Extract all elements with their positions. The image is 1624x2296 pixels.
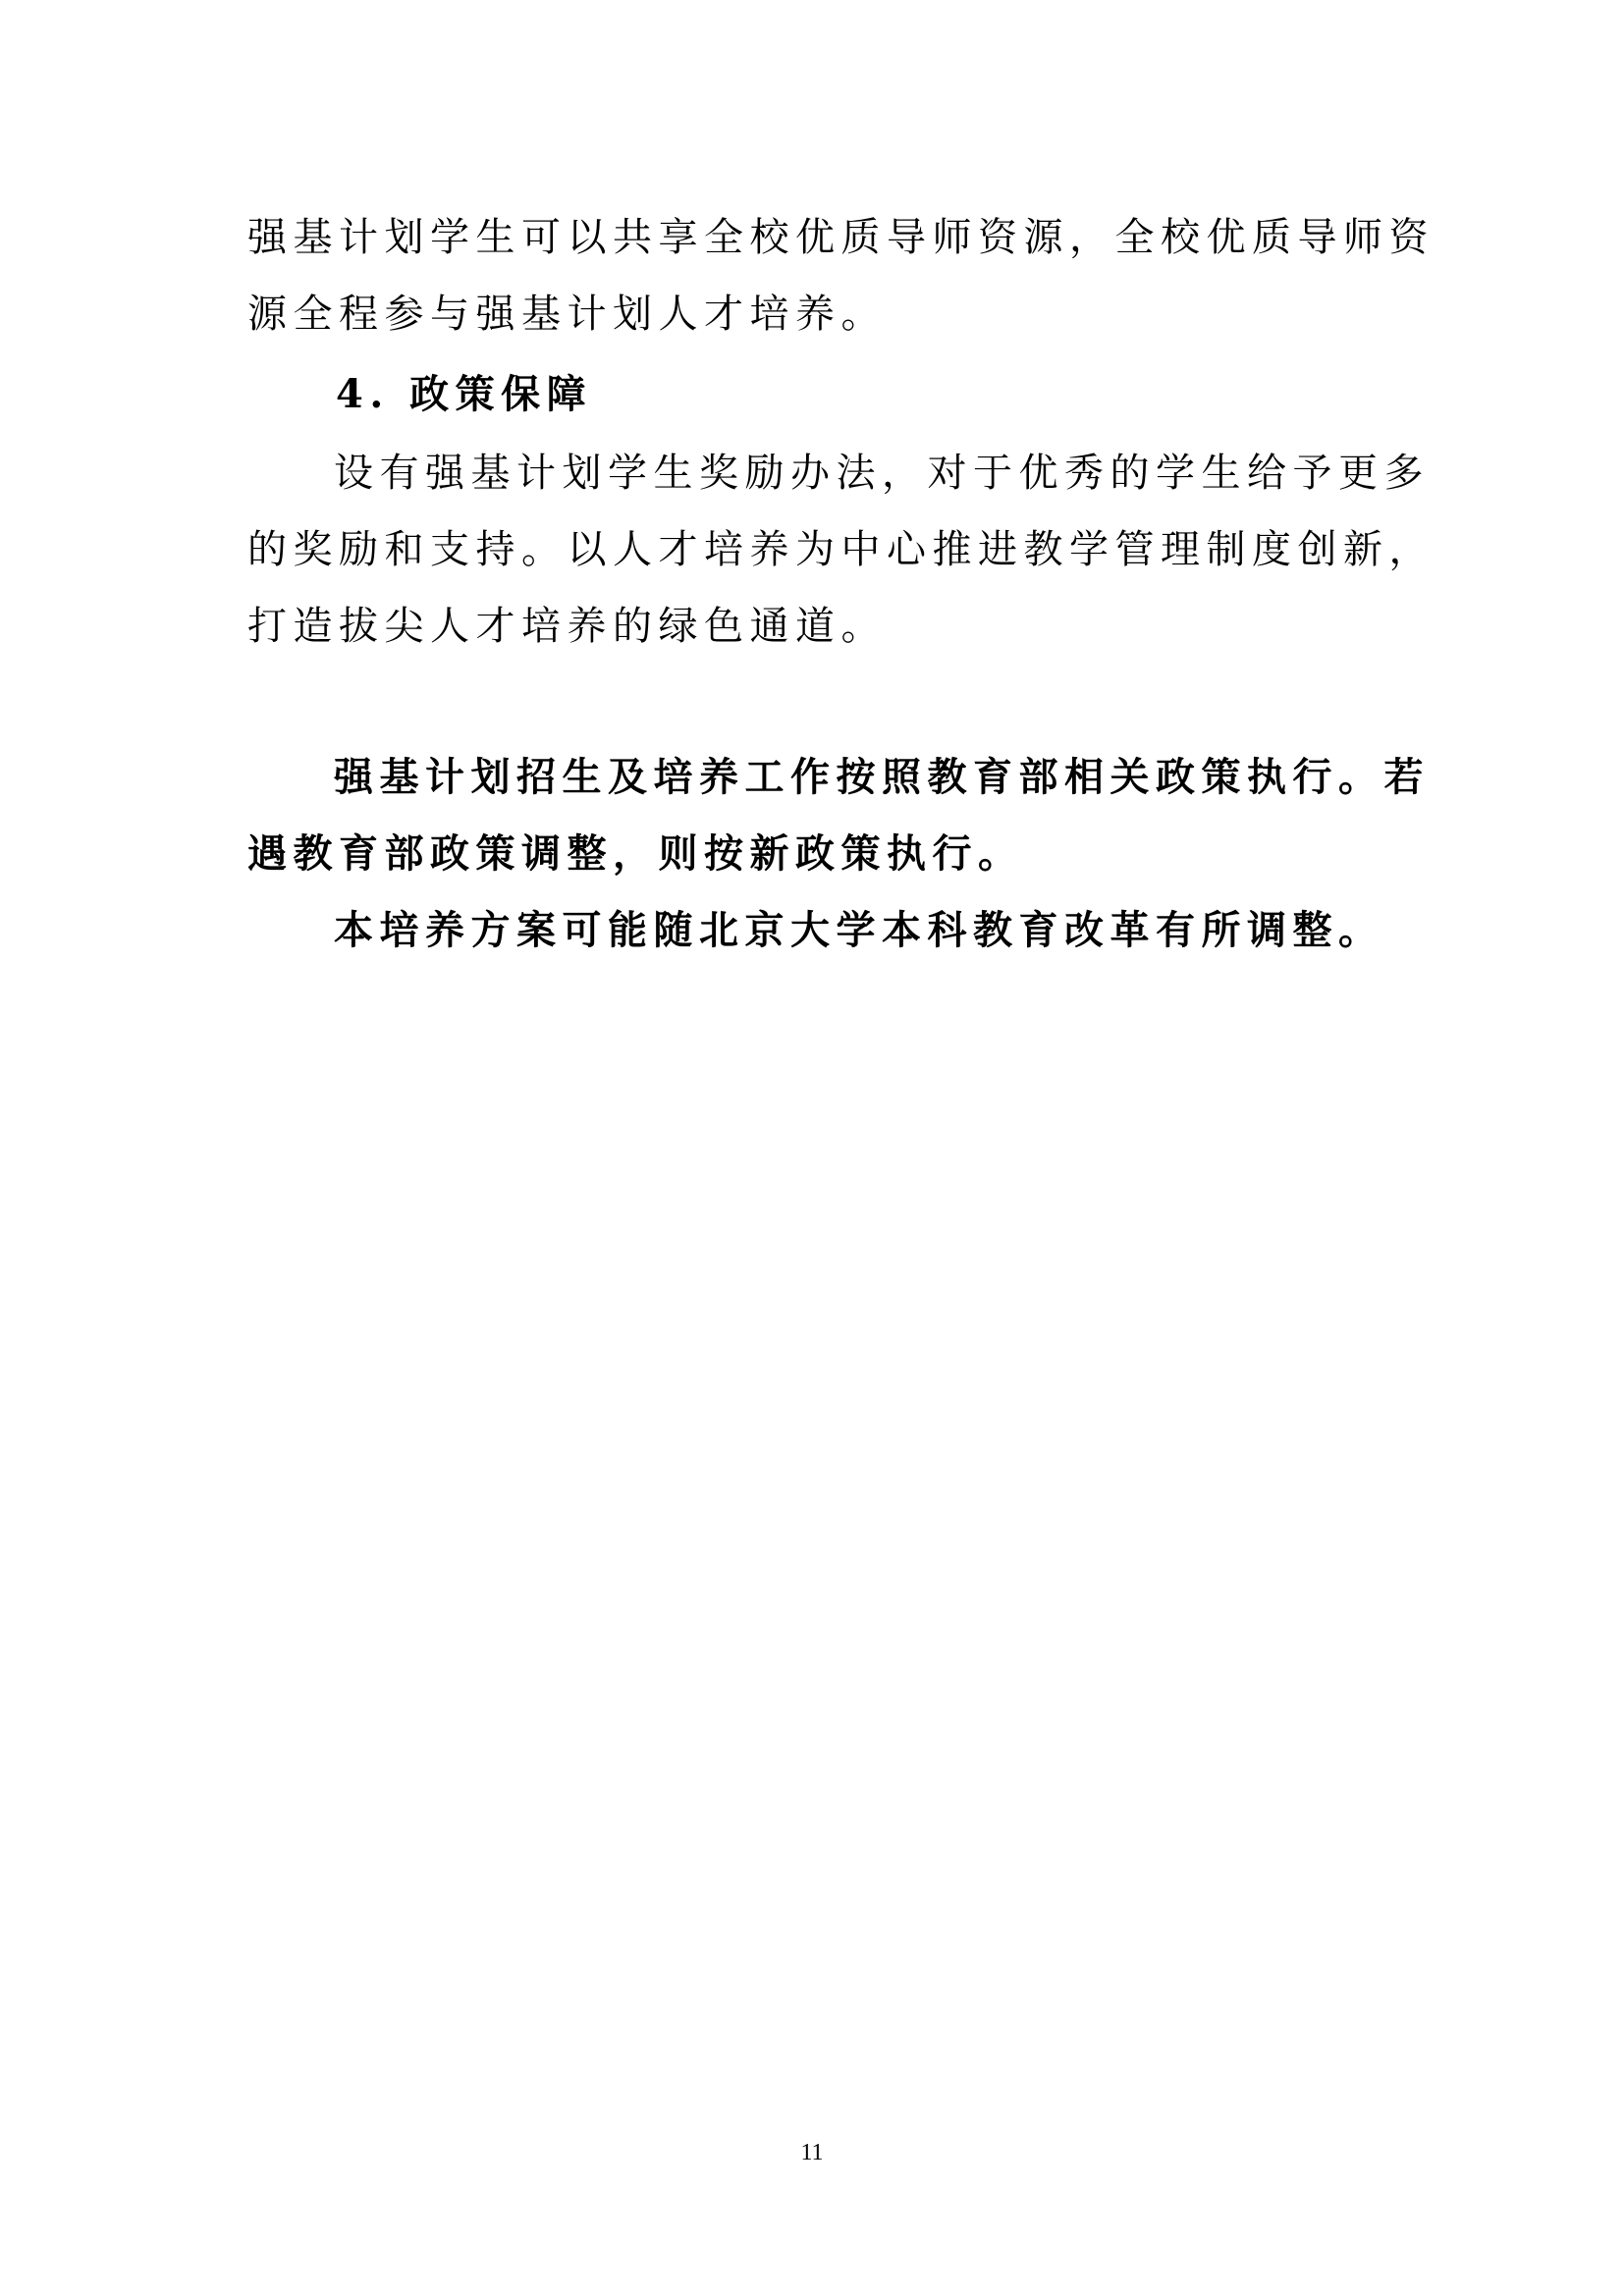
policy-note-line: 强基计划招生及培养工作按照教育部相关政策执行。若 [334,754,1430,801]
body-text-line: 打造拔尖人才培养的绿色通道。 [247,603,887,650]
adjustment-note: 本培养方案可能随北京大学本科教育改革有所调整。 [334,907,1384,954]
section-heading: 4. 政策保障 [336,371,592,418]
body-text-line: 设有强基计划学生奖励办法，对于优秀的学生给予更多 [334,450,1430,497]
body-text-line: 源全程参与强基计划人才培养。 [247,291,887,338]
body-text-line: 强基计划学生可以共享全校优质导师资源，全校优质导师资 [247,214,1435,261]
page-number: 11 [0,2140,1624,2166]
policy-note-line: 遇教育部政策调整，则按新政策执行。 [247,830,1024,878]
body-text-line: 的奖励和支持。以人才培养为中心推进教学管理制度创新， [247,526,1435,573]
